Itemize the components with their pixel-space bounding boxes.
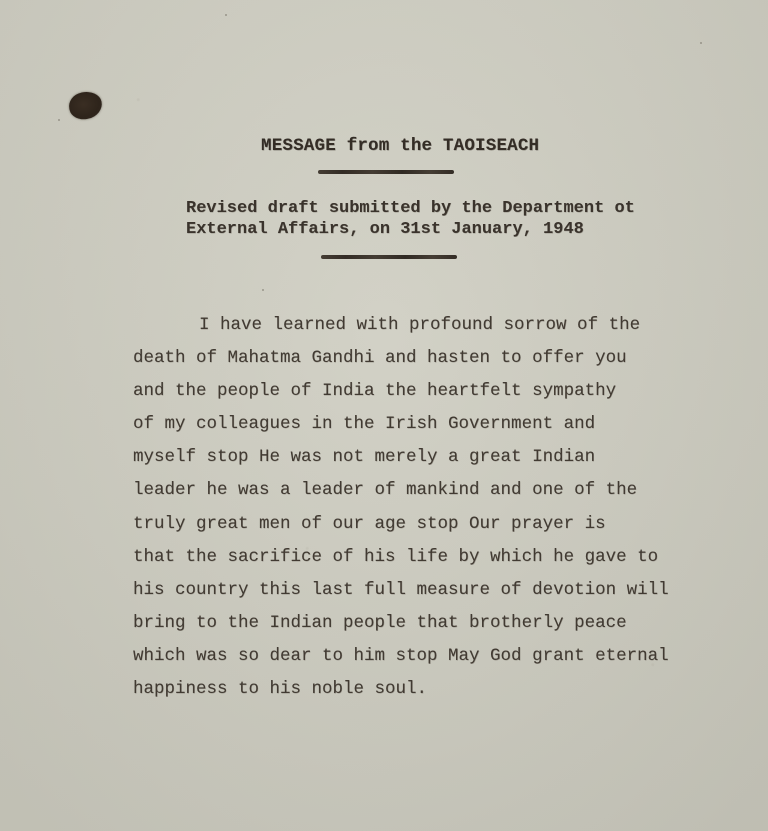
body-line: of my colleagues in the Irish Government… [133,408,669,441]
body-line: death of Mahatma Gandhi and hasten to of… [133,342,669,375]
paper-speck [58,119,60,121]
body-line: leader he was a leader of mankind and on… [133,474,669,507]
body-line: myself stop He was not merely a great In… [133,441,669,474]
body-line: and the people of India the heartfelt sy… [133,375,669,408]
document-title: MESSAGE from the TAOISEACH [261,136,539,156]
body-line: his country this last full measure of de… [133,574,669,607]
body-line: bring to the Indian people that brotherl… [133,607,669,640]
document-page: MESSAGE from the TAOISEACH Revised draft… [0,0,768,831]
title-underline [318,170,454,174]
ink-blot [67,89,105,122]
document-subtitle: Revised draft submitted by the Departmen… [186,198,635,240]
paper-speck [700,42,702,44]
body-line: that the sacrifice of his life by which … [133,541,669,574]
paper-speck [262,289,264,291]
body-line: truly great men of our age stop Our pray… [133,508,669,541]
subtitle-underline [321,255,457,259]
subtitle-line-1: Revised draft submitted by the Departmen… [186,198,635,219]
body-line: happiness to his noble soul. [133,673,669,706]
body-line: I have learned with profound sorrow of t… [133,309,669,342]
message-body: I have learned with profound sorrow of t… [133,309,669,706]
subtitle-line-2: External Affairs, on 31st January, 1948 [186,219,635,240]
paper-speck [225,14,227,16]
body-line: which was so dear to him stop May God gr… [133,640,669,673]
